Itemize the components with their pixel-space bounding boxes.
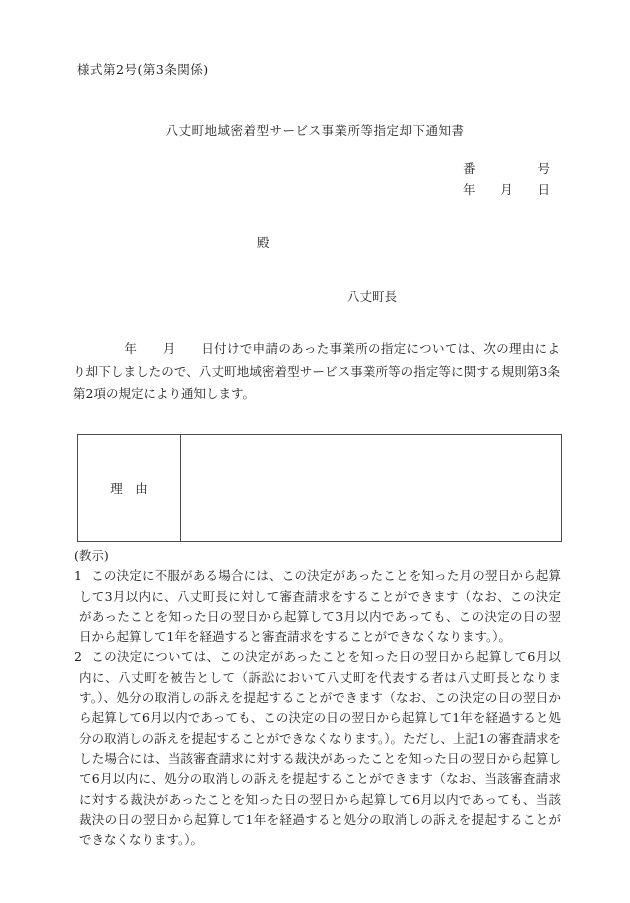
date-year-label: 年 bbox=[463, 179, 476, 200]
number-suffix: 号 bbox=[537, 158, 550, 179]
document-number-line: 番 号 bbox=[463, 158, 550, 179]
notice-item-2-text: この決定については、この決定があったことを知った日の翌日から起算して6月以内に、… bbox=[79, 649, 561, 847]
notice-item-1: 1この決定に不服がある場合には、この決定があったことを知った月の翌日から起算して… bbox=[74, 566, 561, 647]
reason-value-cell bbox=[181, 435, 561, 541]
form-number-label: 様式第2号(第3条関係) bbox=[77, 60, 209, 78]
date-day-label: 日 bbox=[537, 179, 550, 200]
document-title: 八丈町地域密着型サービス事業所等指定却下通知書 bbox=[0, 121, 630, 139]
notice-heading: (教示) bbox=[74, 546, 561, 566]
notice-item-2: 2この決定については、この決定があったことを知った日の翌日から起算して6月以内に… bbox=[74, 647, 561, 850]
notice-section: (教示) 1この決定に不服がある場合には、この決定があったことを知った月の翌日か… bbox=[74, 546, 561, 850]
addressee-honorific: 殿 bbox=[257, 233, 270, 251]
number-date-block: 番 号 年 月 日 bbox=[463, 158, 550, 200]
reason-label: 理 由 bbox=[110, 479, 148, 497]
notice-item-2-number: 2 bbox=[74, 649, 82, 664]
notice-item-1-text: この決定に不服がある場合には、この決定があったことを知った月の翌日から起算して3… bbox=[79, 568, 561, 644]
document-date-line: 年 月 日 bbox=[463, 179, 550, 200]
reason-table: 理 由 bbox=[77, 434, 562, 542]
body-paragraph: 年 月 日付けで申請のあった事業所の指定については、次の理由により却下しましたの… bbox=[73, 338, 560, 406]
number-label: 番 bbox=[463, 158, 476, 179]
document-page: 様式第2号(第3条関係) 八丈町地域密着型サービス事業所等指定却下通知書 番 号… bbox=[0, 0, 630, 903]
notice-item-1-number: 1 bbox=[74, 568, 82, 583]
reason-label-cell: 理 由 bbox=[78, 435, 181, 541]
sender-name: 八丈町長 bbox=[347, 287, 397, 305]
date-month-label: 月 bbox=[500, 179, 513, 200]
